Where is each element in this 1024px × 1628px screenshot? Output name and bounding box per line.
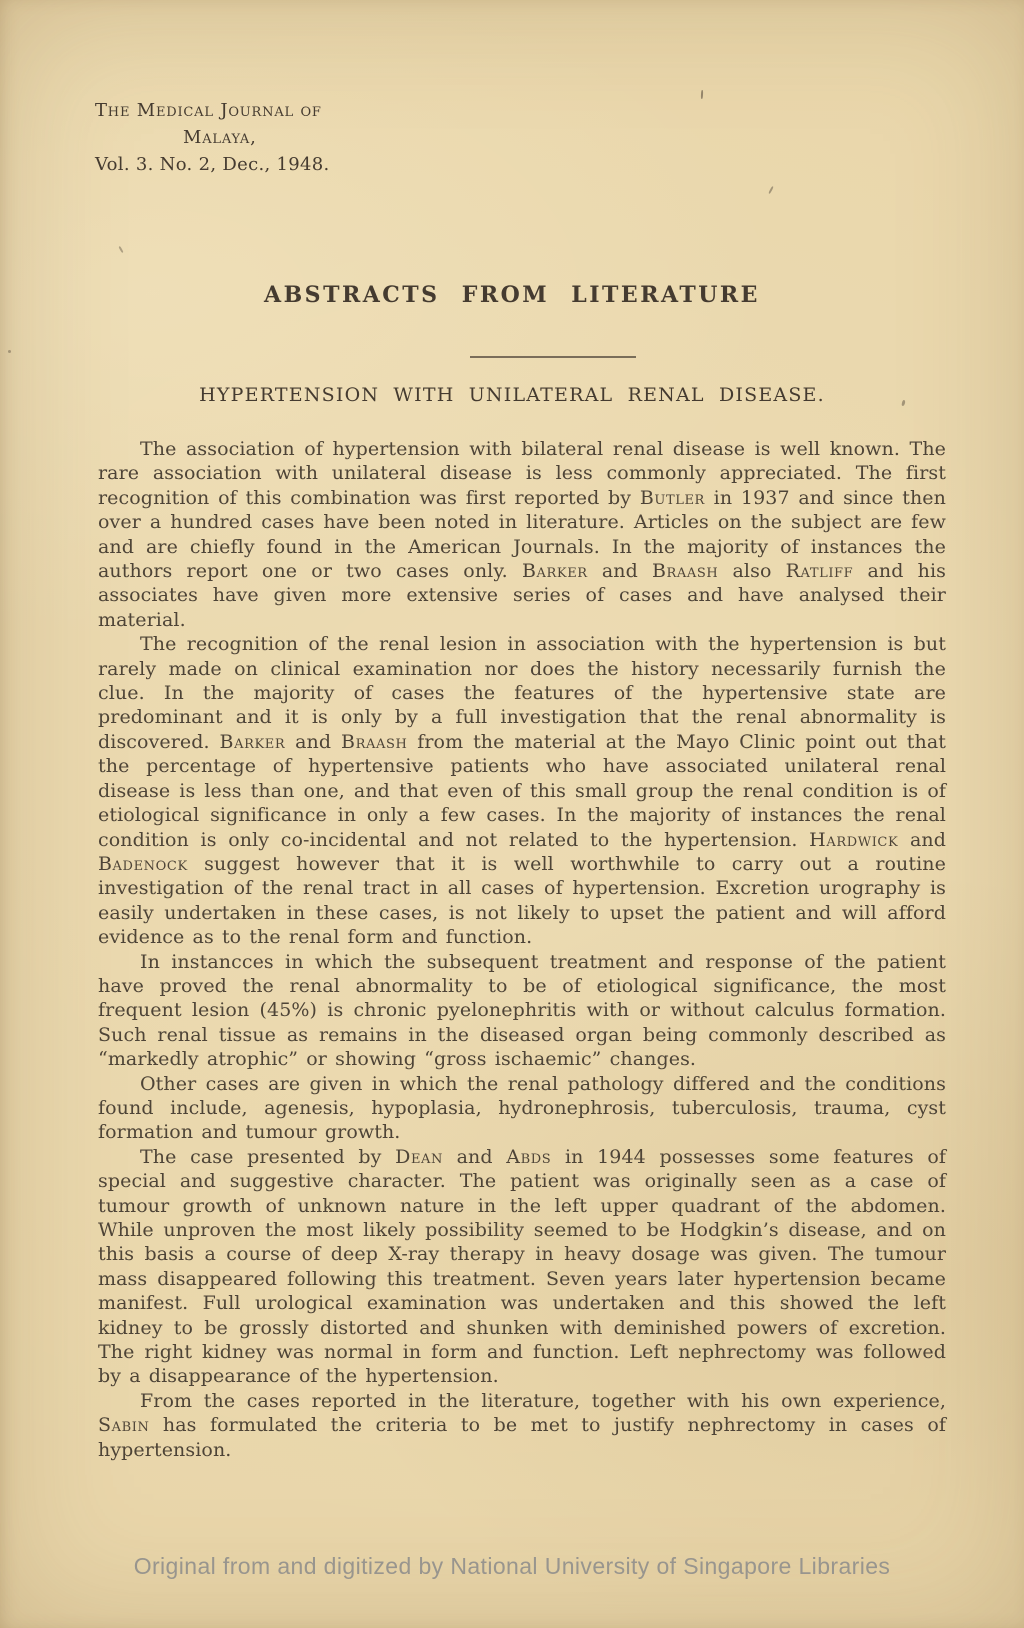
scan-speck [118,246,123,253]
paragraph-1: The association of hypertension with bil… [98,437,946,632]
paragraph-3: In instancces in which the subsequent tr… [98,950,946,1072]
paragraph-2: The recognition of the renal lesion in a… [98,632,946,949]
journal-masthead: The Medical Journal of Malaya, Vol. 3. N… [95,97,330,178]
divider-rule [470,356,636,358]
digitization-attribution: Original from and digitized by National … [0,1553,1024,1580]
scan-speck [8,350,11,353]
article-body: The association of hypertension with bil… [98,437,946,1462]
paragraph-4: Other cases are given in which the renal… [98,1072,946,1145]
journal-name: The Medical Journal of [95,97,330,124]
paragraph-6: From the cases reported in the literatur… [98,1389,946,1462]
paragraph-5: The case presented by Dean and Abds in 1… [98,1145,946,1389]
scan-speck [768,186,774,194]
journal-name-continued: Malaya, [183,124,330,151]
scan-speck [701,90,703,99]
section-title: ABSTRACTS FROM LITERATURE [0,282,1024,308]
article-title: HYPERTENSION WITH UNILATERAL RENAL DISEA… [0,384,1024,406]
volume-issue-date: Vol. 3. No. 2, Dec., 1948. [95,151,330,178]
